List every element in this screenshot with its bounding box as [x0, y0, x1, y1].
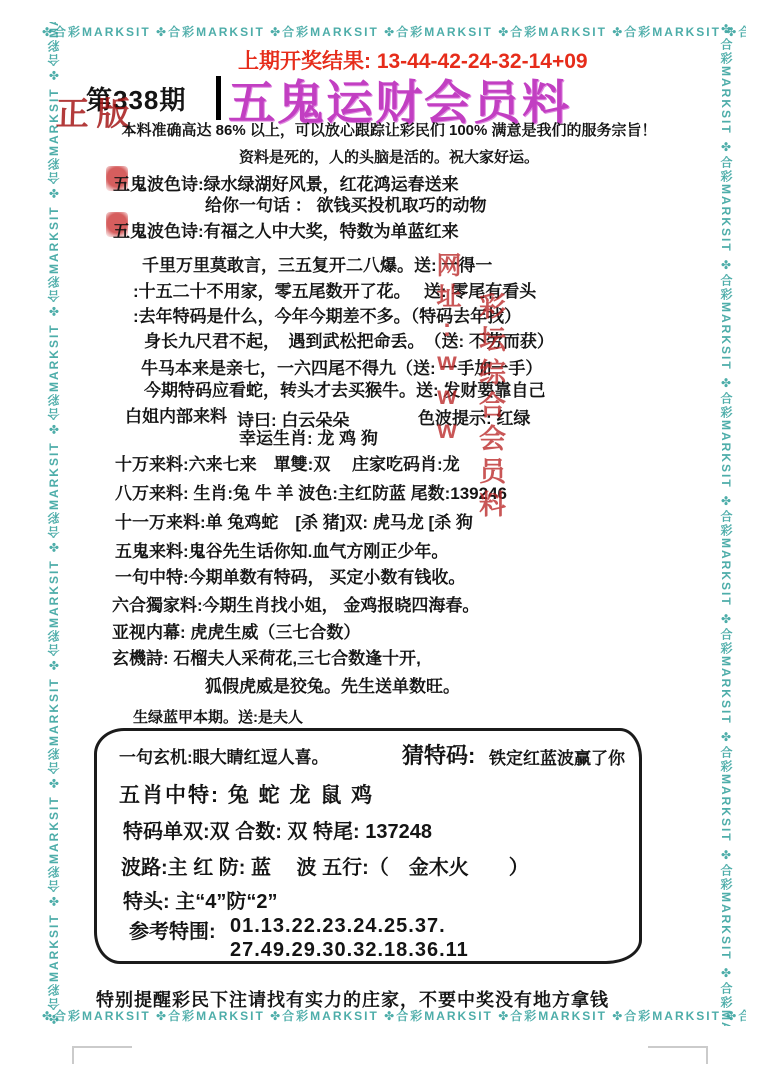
mystic-poem: 玄機詩: 石榴夫人采荷花,三七合数逢十开,	[112, 644, 421, 669]
special-head: 特头: 主“4”防“2”	[123, 885, 277, 914]
tip-sheet-page: ✤合彩MARKSIT ✤合彩MARKSIT ✤合彩MARKSIT ✤合彩MARK…	[0, 0, 774, 1083]
baijie-label: 白姐内部来料	[125, 402, 227, 427]
material-110k: 十一万来料:单 兔鸡蛇 [杀 猪]双: 虎马龙 [杀 狗	[115, 508, 473, 533]
footer-warning: 特别提醒彩民下注请找有实力的庄家，不要中奖没有地方拿钱	[96, 986, 609, 1012]
scan-artifact-left	[72, 1046, 132, 1064]
border-left-pattern: ✤合彩MARKSIT ✤合彩MARKSIT ✤合彩MARKSIT ✤合彩MARK…	[44, 22, 64, 1026]
material-100k: 十万来料:六来七来 單雙:双 庄家吃码肖:龙	[115, 450, 460, 475]
scan-artifact-right	[648, 1046, 708, 1064]
guess-special-label: 猜特码:	[402, 739, 475, 770]
atv-insider: 亚视内幕: 虎虎生威（三七合数）	[112, 618, 360, 643]
bose-poem-2: 五鬼波色诗:有福之人中大奖，特数为单蓝红来	[113, 217, 459, 242]
border-top-pattern: ✤合彩MARKSIT ✤合彩MARKSIT ✤合彩MARKSIT ✤合彩MARK…	[42, 22, 746, 42]
mystery-sentence: 一句玄机:眼大睛红逗人喜。	[119, 743, 329, 768]
verse-2: :十五二十不用家，零五尾数开了花。 送: 零尾有看头	[133, 277, 536, 302]
material-wugui: 五鬼来料:鬼谷先生话你知.血气方刚正少年。	[115, 537, 448, 562]
mystic-poem-2: 狐假虎威是狡兔。先生送单数旺。	[205, 672, 460, 697]
baijie-wave-hint: 色波提示: 红绿	[418, 404, 530, 429]
liuhe-exclusive: 六合獨家料:今期生肖找小姐， 金鸡报晓四海春。	[112, 591, 479, 616]
verse-6: 今期特码应看蛇，转头才去买猴牛。送: 发财要靠自己	[144, 376, 545, 401]
material-80k: 八万来料: 生肖:兔 牛 羊 波色:主红防蓝 尾数:139246	[115, 479, 507, 504]
reference-range-line-2: 27.49.29.30.32.18.36.11	[230, 939, 469, 962]
title-divider	[216, 76, 221, 120]
guess-special-value: 铁定红蓝波赢了你	[489, 744, 625, 769]
five-zodiac-special: 五肖中特: 兔 蛇 龙 鼠 鸡	[119, 779, 374, 809]
verse-3: :去年特码是什么，今年今期差不多。（特码去年找）	[133, 302, 521, 327]
reference-range-label: 参考特围:	[129, 915, 216, 944]
lucky-zodiac: 幸运生肖: 龙 鸡 狗	[239, 424, 378, 449]
verse-1: 千里万里莫敢言，三五复开二八爆。送: 一得一	[142, 251, 492, 276]
green-blue-hint: 生绿蓝甲本期。送:是夫人	[133, 706, 303, 727]
wave-path-elements: 波路:主 红 防: 蓝 波 五行:（ 金木火 ）	[121, 851, 529, 880]
slogan-line-1: 本料准确高达 86% 以上，可以放心跟踪让彩民们 100% 满意是我们的服务宗旨…	[64, 119, 714, 140]
verse-4: 身长九尺君不起， 遇到武松把命丢。 （送: 不劳而获）	[144, 327, 554, 352]
odd-even-sum-tail: 特码单双:双 合数: 双 特尾: 137248	[123, 815, 432, 844]
slogan-line-2: 资料是死的，人的头脑是活的。祝大家好运。	[64, 146, 714, 167]
bose-poem-1-hint: 给你一句话 ： 欲钱买投机取巧的动物	[205, 191, 486, 216]
prediction-box: 一句玄机:眼大睛红逗人喜。 猜特码: 铁定红蓝波赢了你 五肖中特: 兔 蛇 龙 …	[94, 728, 642, 964]
one-sentence-special: 一句中特:今期单数有特码， 买定小数有钱收。	[115, 563, 465, 588]
border-right-pattern: ✤合彩MARKSIT ✤合彩MARKSIT ✤合彩MARKSIT ✤合彩MARK…	[716, 22, 736, 1026]
reference-range-line-1: 01.13.22.23.24.25.37.	[230, 915, 446, 938]
